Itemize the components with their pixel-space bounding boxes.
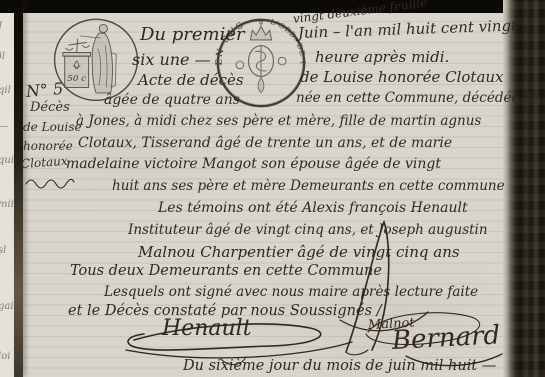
revenue-stamp-50c: 50 c xyxy=(50,12,142,104)
book-binding-right xyxy=(503,0,545,377)
allegory-figure xyxy=(92,33,112,93)
act-title: Acte de décès xyxy=(138,71,244,89)
act-line: Clotaux, Tisserand âgé de trente un ans,… xyxy=(78,135,452,151)
margin-note-line: de Louise xyxy=(23,120,82,134)
act-line: madelaine victoire Mangot son épouse âgé… xyxy=(66,156,441,172)
act-line: Du premier xyxy=(140,24,245,45)
previous-page-edge: J )l qil — qui mii sl gai loi xyxy=(0,13,14,377)
register-page-scan: J )l qil — qui mii sl gai loi 50 c xyxy=(0,0,545,377)
bleed-text-fragment: qil xyxy=(0,85,14,96)
act-line: huit ans ses père et mère Demeurants en … xyxy=(112,178,505,194)
act-line: six une — xyxy=(132,50,211,69)
margin-note-line: Décès xyxy=(30,100,70,115)
act-line: heure après midi. xyxy=(315,48,449,66)
margin-note-line: Clotaux xyxy=(21,154,69,171)
scales-icon xyxy=(66,39,90,53)
margin-note-line: honorée xyxy=(23,139,73,153)
bleed-text-fragment: loi xyxy=(0,351,14,362)
bleed-text-fragment: qui xyxy=(0,155,14,166)
act-line: de Louise honorée Clotaux xyxy=(300,68,504,86)
tassel-ornament xyxy=(258,77,264,92)
signature-loop-malnot xyxy=(352,306,492,352)
crown-icon xyxy=(250,27,271,40)
bleed-text-fragment: J xyxy=(0,21,14,32)
next-act-opening-line: Du sixième jour du mois de juin mil huit… xyxy=(183,358,496,374)
stamp-value: 50 c xyxy=(67,74,86,84)
act-line: à Jones, à midi chez ses père et mère, f… xyxy=(76,113,481,129)
act-line: née en cette Commune, décédée de xyxy=(296,90,540,106)
bleed-text-fragment: mii xyxy=(0,199,14,210)
book-gutter-left xyxy=(14,0,23,377)
bleed-text-fragment: gai xyxy=(0,301,14,312)
bleed-text-fragment: )l xyxy=(0,51,14,62)
bleed-text-fragment: sl xyxy=(0,245,14,256)
act-line: âgée de quatre ans xyxy=(104,92,240,108)
margin-act-number: N° 5 xyxy=(25,79,64,101)
bleed-text-fragment: — xyxy=(0,121,14,132)
margin-flourish xyxy=(24,176,76,190)
